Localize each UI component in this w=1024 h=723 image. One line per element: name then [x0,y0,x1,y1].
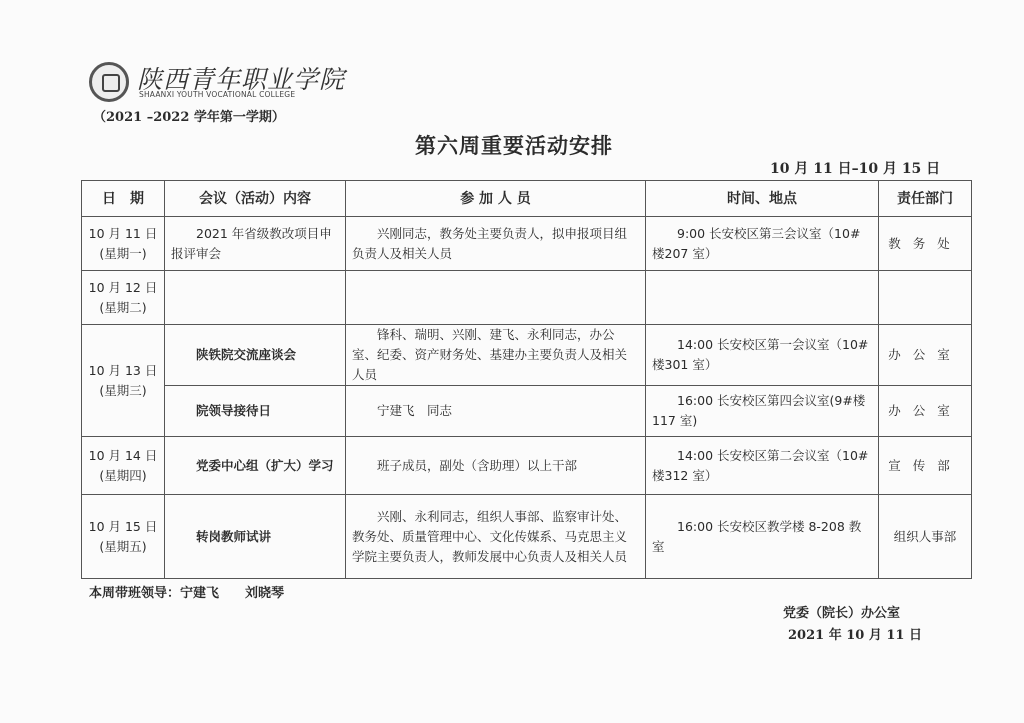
date: 10 月 12 日 [88,278,158,298]
header-time-place: 时间、地点 [646,181,879,217]
weekday: (星期二) [88,298,158,318]
activity-cell: 转岗教师试讲 [165,495,346,579]
participants-cell: 兴刚同志，教务处主要负责人，拟申报项目组负责人及相关人员 [346,217,646,271]
date-range: 10 月 11 日–10 月 15 日 [770,158,940,178]
table-row: 院领导接待日 宁建飞 同志 16:00 长安校区第四会议室(9#楼117 室) … [82,386,972,437]
participants-cell: 兴刚、永利同志，组织人事部、监察审计处、教务处、质量管理中心、文化传媒系、马克思… [346,495,646,579]
participants-cell [346,271,646,325]
activity-cell: 2021 年省级教改项目申报评审会 [165,217,346,271]
table-row: 10 月 15 日(星期五) 转岗教师试讲 兴刚、永利同志，组织人事部、监察审计… [82,495,972,579]
weekday: (星期四) [88,466,158,486]
date-cell: 10 月 13 日(星期三) [82,325,165,437]
date-cell: 10 月 11 日(星期一) [82,217,165,271]
header-activity: 会议（活动）内容 [165,181,346,217]
page-title: 第六周重要活动安排 [415,130,613,160]
participants-cell: 锋科、瑞明、兴刚、建飞、永利同志，办公室、纪委、资产财务处、基建办主要负责人及相… [346,325,646,386]
time-place-cell: 16:00 长安校区第四会议室(9#楼117 室) [646,386,879,437]
table-row: 10 月 13 日(星期三) 陕铁院交流座谈会 锋科、瑞明、兴刚、建飞、永利同志… [82,325,972,386]
dept-cell [879,271,972,325]
date-cell: 10 月 14 日(星期四) [82,437,165,495]
table-row: 10 月 14 日(星期四) 党委中心组（扩大）学习 班子成员，副处（含助理）以… [82,437,972,495]
participants-cell: 宁建飞 同志 [346,386,646,437]
table-row: 10 月 11 日(星期一) 2021 年省级教改项目申报评审会 兴刚同志，教务… [82,217,972,271]
date: 10 月 15 日 [88,517,158,537]
header-dept: 责任部门 [879,181,972,217]
date: 10 月 11 日 [88,224,158,244]
date: 10 月 13 日 [88,361,158,381]
dept-cell: 宣传部 [879,437,972,495]
time-place-cell: 14:00 长安校区第二会议室（10#楼312 室） [646,437,879,495]
time-place-cell: 16:00 长安校区教学楼 8-208 教室 [646,495,879,579]
header-date: 日 期 [82,181,165,217]
date: 10 月 14 日 [88,446,158,466]
date-cell: 10 月 15 日(星期五) [82,495,165,579]
header-participants: 参 加 人 员 [346,181,646,217]
weekday: (星期五) [88,537,158,557]
activity-cell: 党委中心组（扩大）学习 [165,437,346,495]
dept-cell: 组织人事部 [879,495,972,579]
term-label: （2021 –2022 学年第一学期） [93,106,285,125]
weekday: (星期三) [88,381,158,401]
time-place-cell: 14:00 长安校区第一会议室（10#楼301 室） [646,325,879,386]
weekday: (星期一) [88,244,158,264]
schedule-table: 日 期 会议（活动）内容 参 加 人 员 时间、地点 责任部门 10 月 11 … [81,180,972,579]
dept-cell: 教务处 [879,217,972,271]
college-logo-icon [89,62,129,102]
dept-cell: 办公室 [879,325,972,386]
table-header-row: 日 期 会议（活动）内容 参 加 人 员 时间、地点 责任部门 [82,181,972,217]
dept-cell: 办公室 [879,386,972,437]
activity-cell: 陕铁院交流座谈会 [165,325,346,386]
table-row: 10 月 12 日(星期二) [82,271,972,325]
weekly-leaders: 本周带班领导：宁建飞 刘晓琴 [89,582,284,601]
college-name-en: SHAANXI YOUTH VOCATIONAL COLLEGE [139,90,295,99]
issue-date: 2021 年 10 月 11 日 [788,624,922,643]
time-place-cell [646,271,879,325]
issuing-office: 党委（院长）办公室 [783,602,900,621]
activity-cell: 院领导接待日 [165,386,346,437]
time-place-cell: 9:00 长安校区第三会议室（10#楼207 室） [646,217,879,271]
date-cell: 10 月 12 日(星期二) [82,271,165,325]
participants-cell: 班子成员，副处（含助理）以上干部 [346,437,646,495]
activity-cell [165,271,346,325]
